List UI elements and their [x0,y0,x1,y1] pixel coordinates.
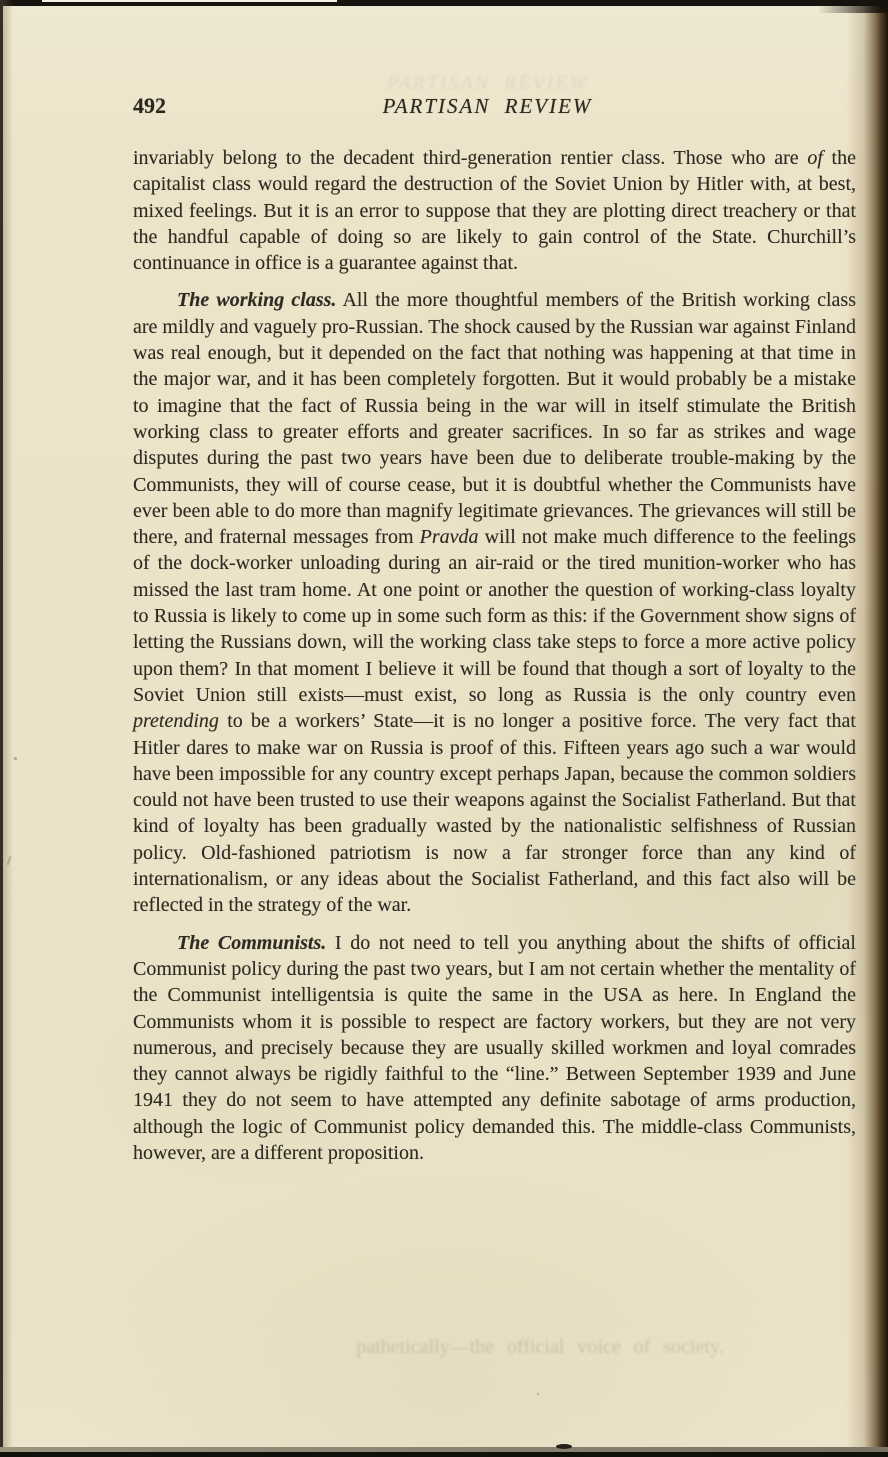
paragraph-3: The Communists. I do not need to tell yo… [133,930,856,1167]
italic-term-pretending: pretending [133,710,219,732]
page-edge-shadow-right [846,0,888,1457]
paragraph-1-text: invariably belong to the decadent third-… [133,147,807,169]
body-text: invariably belong to the decadent third-… [133,145,856,1177]
italic-term-of: of [807,147,823,169]
paragraph-1: invariably belong to the decadent third-… [133,145,856,276]
scan-edge-top-right [818,0,888,13]
journal-title: PARTISAN REVIEW [133,94,842,119]
scan-edge-blob [556,1444,572,1449]
scan-edge-bottom [0,1452,888,1457]
running-head: 492 PARTISAN REVIEW [133,93,856,123]
paragraph-3-text: I do not need to tell you anything about… [133,932,856,1164]
scanned-book-page: PARTISAN REVIEW pathetically—the officia… [0,0,888,1457]
bleed-through-line: pathetically—the official voice of socie… [300,1336,780,1359]
paragraph-2-text-end: to be a workers’ State—it is no longer a… [133,710,856,916]
paper-speck [537,1393,539,1395]
paragraph-2-text: All the more thoughtful members of the B… [133,289,856,548]
paragraph-2-lead-in: The working class. [177,289,336,311]
paper-speck [14,757,17,760]
italic-term-pravda: Pravda [420,526,479,548]
paragraph-2: The working class. All the more thoughtf… [133,287,856,918]
page-edge-shadow-left [3,0,13,1457]
bleed-through-header: PARTISAN REVIEW [133,72,842,95]
paragraph-2-text-cont: will not make much difference to the fee… [133,526,856,706]
scan-edge-top-sliver [42,0,337,2]
paragraph-3-lead-in: The Communists. [177,932,326,954]
